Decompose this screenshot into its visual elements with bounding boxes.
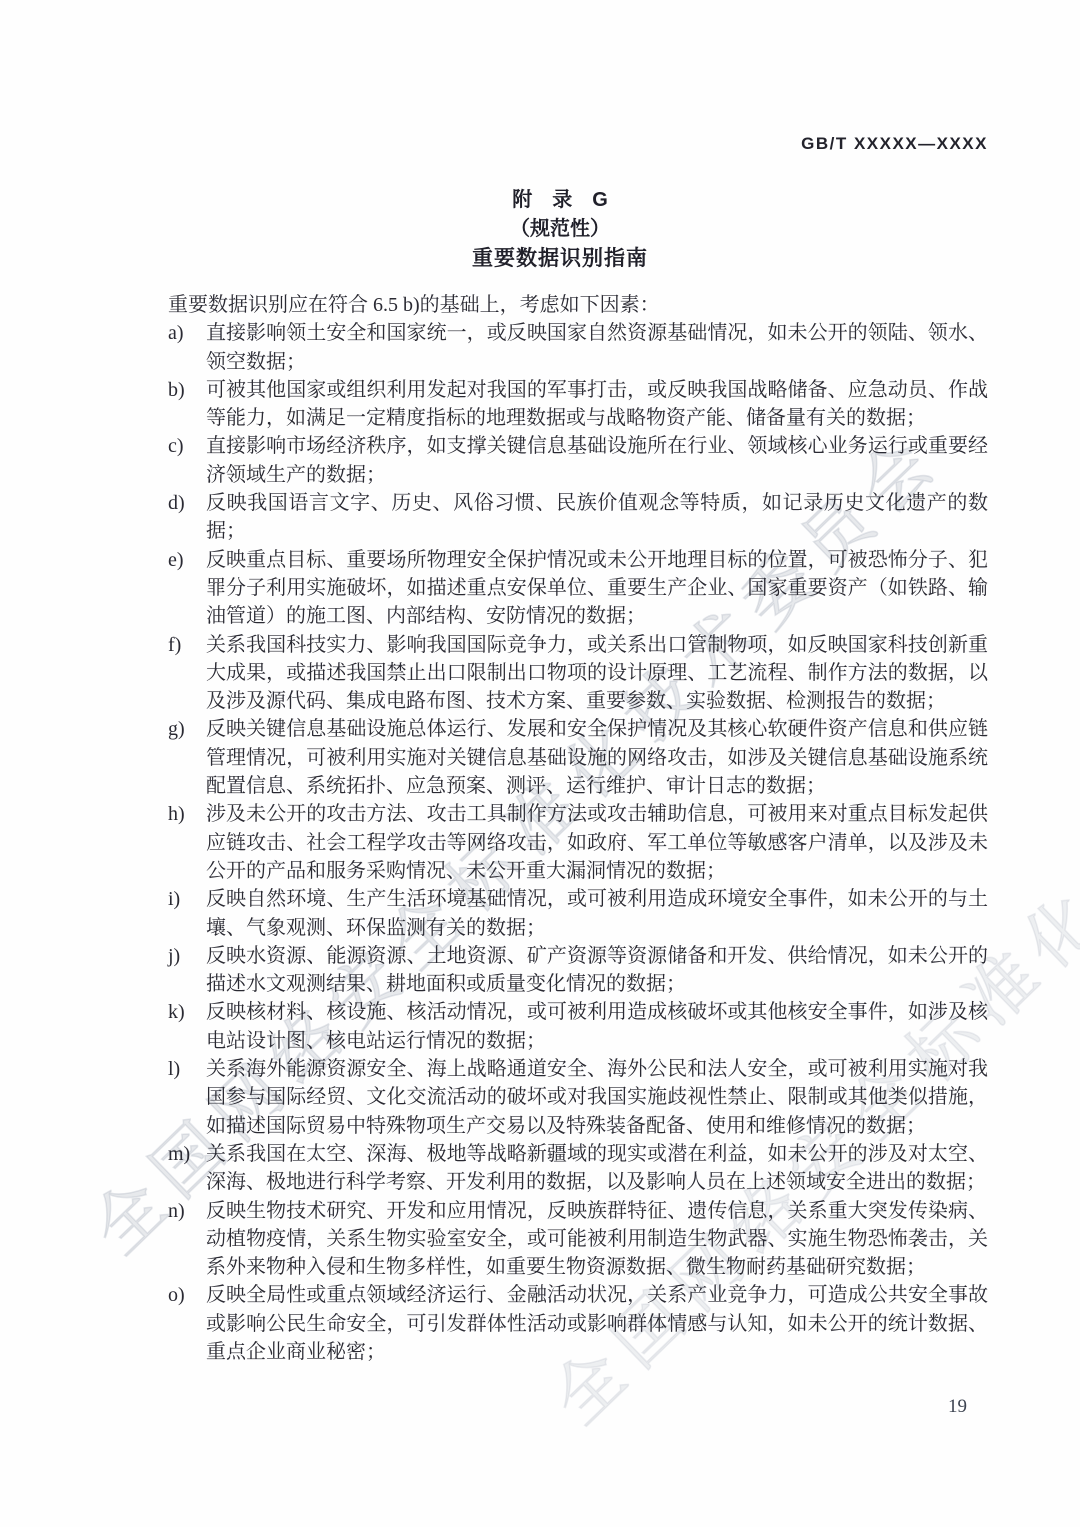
item-label: o) bbox=[168, 1281, 206, 1309]
list-item: l) 关系海外能源资源安全、海上战略通道安全、海外公民和法人安全，或可被利用实施… bbox=[168, 1055, 988, 1140]
list-item: a) 直接影响领土安全和国家统一，或反映国家自然资源基础情况，如未公开的领陆、领… bbox=[168, 319, 988, 376]
appendix-heading: 附 录 G bbox=[130, 186, 990, 215]
item-label: h) bbox=[168, 800, 206, 828]
list-item: d) 反映我国语言文字、历史、风俗习惯、民族价值观念等特质，如记录历史文化遗产的… bbox=[168, 489, 988, 546]
list-item: h) 涉及未公开的攻击方法、攻击工具制作方法或攻击辅助信息，可被用来对重点目标发… bbox=[168, 800, 988, 885]
list-item: k) 反映核材料、核设施、核活动情况，或可被利用造成核破坏或其他核安全事件，如涉… bbox=[168, 998, 988, 1055]
document-page: 全国网络安全标准化技术委员会 全国网络安全标准化技术委员会 GB/T XXXXX… bbox=[0, 0, 1080, 1527]
item-text: 涉及未公开的攻击方法、攻击工具制作方法或攻击辅助信息，可被用来对重点目标发起供应… bbox=[206, 800, 988, 885]
item-text: 反映水资源、能源资源、土地资源、矿产资源等资源储备和开发、供给情况，如未公开的描… bbox=[206, 942, 988, 999]
list-item: j) 反映水资源、能源资源、土地资源、矿产资源等资源储备和开发、供给情况，如未公… bbox=[168, 942, 988, 999]
item-label: d) bbox=[168, 489, 206, 517]
item-label: c) bbox=[168, 432, 206, 460]
intro-paragraph: 重要数据识别应在符合 6.5 b)的基础上，考虑如下因素： bbox=[168, 291, 988, 319]
item-text: 关系我国在太空、深海、极地等战略新疆域的现实或潜在利益，如未公开的涉及对太空、深… bbox=[206, 1140, 988, 1197]
item-text: 关系海外能源资源安全、海上战略通道安全、海外公民和法人安全，或可被利用实施对我国… bbox=[206, 1055, 988, 1140]
factor-list: a) 直接影响领土安全和国家统一，或反映国家自然资源基础情况，如未公开的领陆、领… bbox=[168, 319, 988, 1366]
item-text: 直接影响市场经济秩序，如支撑关键信息基础设施所在行业、领域核心业务运行或重要经济… bbox=[206, 432, 988, 489]
item-text: 反映自然环境、生产生活环境基础情况，或可被利用造成环境安全事件，如未公开的与土壤… bbox=[206, 885, 988, 942]
list-item: g) 反映关键信息基础设施总体运行、发展和安全保护情况及其核心软硬件资产信息和供… bbox=[168, 715, 988, 800]
item-label: j) bbox=[168, 942, 206, 970]
item-text: 反映我国语言文字、历史、风俗习惯、民族价值观念等特质，如记录历史文化遗产的数据； bbox=[206, 489, 988, 546]
list-item: f) 关系我国科技实力、影响我国国际竞争力，或关系出口管制物项，如反映国家科技创… bbox=[168, 631, 988, 716]
item-label: b) bbox=[168, 376, 206, 404]
body-text-block: 重要数据识别应在符合 6.5 b)的基础上，考虑如下因素： a) 直接影响领土安… bbox=[168, 291, 988, 1366]
item-label: k) bbox=[168, 998, 206, 1026]
standard-code-header: GB/T XXXXX—XXXX bbox=[801, 134, 988, 154]
item-text: 反映核材料、核设施、核活动情况，或可被利用造成核破坏或其他核安全事件，如涉及核电… bbox=[206, 998, 988, 1055]
item-label: g) bbox=[168, 715, 206, 743]
appendix-title-block: 附 录 G （规范性） 重要数据识别指南 bbox=[130, 186, 990, 274]
item-label: i) bbox=[168, 885, 206, 913]
item-label: n) bbox=[168, 1197, 206, 1225]
item-text: 反映全局性或重点领域经济运行、金融活动状况，关系产业竞争力，可造成公共安全事故或… bbox=[206, 1281, 988, 1366]
item-label: m) bbox=[168, 1140, 206, 1168]
item-text: 反映关键信息基础设施总体运行、发展和安全保护情况及其核心软硬件资产信息和供应链管… bbox=[206, 715, 988, 800]
list-item: o) 反映全局性或重点领域经济运行、金融活动状况，关系产业竞争力，可造成公共安全… bbox=[168, 1281, 988, 1366]
list-item: c) 直接影响市场经济秩序，如支撑关键信息基础设施所在行业、领域核心业务运行或重… bbox=[168, 432, 988, 489]
item-label: f) bbox=[168, 631, 206, 659]
page-number: 19 bbox=[948, 1396, 967, 1418]
list-item: e) 反映重点目标、重要场所物理安全保护情况或未公开地理目标的位置，可被恐怖分子… bbox=[168, 546, 988, 631]
item-text: 关系我国科技实力、影响我国国际竞争力，或关系出口管制物项，如反映国家科技创新重大… bbox=[206, 631, 988, 716]
list-item: i) 反映自然环境、生产生活环境基础情况，或可被利用造成环境安全事件，如未公开的… bbox=[168, 885, 988, 942]
list-item: m) 关系我国在太空、深海、极地等战略新疆域的现实或潜在利益，如未公开的涉及对太… bbox=[168, 1140, 988, 1197]
item-text: 反映重点目标、重要场所物理安全保护情况或未公开地理目标的位置，可被恐怖分子、犯罪… bbox=[206, 546, 988, 631]
item-label: e) bbox=[168, 546, 206, 574]
item-text: 直接影响领土安全和国家统一，或反映国家自然资源基础情况，如未公开的领陆、领水、领… bbox=[206, 319, 988, 376]
normative-label: （规范性） bbox=[130, 215, 990, 244]
list-item: b) 可被其他国家或组织利用发起对我国的军事打击，或反映我国战略储备、应急动员、… bbox=[168, 376, 988, 433]
item-label: l) bbox=[168, 1055, 206, 1083]
list-item: n) 反映生物技术研究、开发和应用情况，反映族群特征、遗传信息，关系重大突发传染… bbox=[168, 1197, 988, 1282]
appendix-name: 重要数据识别指南 bbox=[130, 244, 990, 274]
item-text: 反映生物技术研究、开发和应用情况，反映族群特征、遗传信息，关系重大突发传染病、动… bbox=[206, 1197, 988, 1282]
item-label: a) bbox=[168, 319, 206, 347]
item-text: 可被其他国家或组织利用发起对我国的军事打击，或反映我国战略储备、应急动员、作战等… bbox=[206, 376, 988, 433]
